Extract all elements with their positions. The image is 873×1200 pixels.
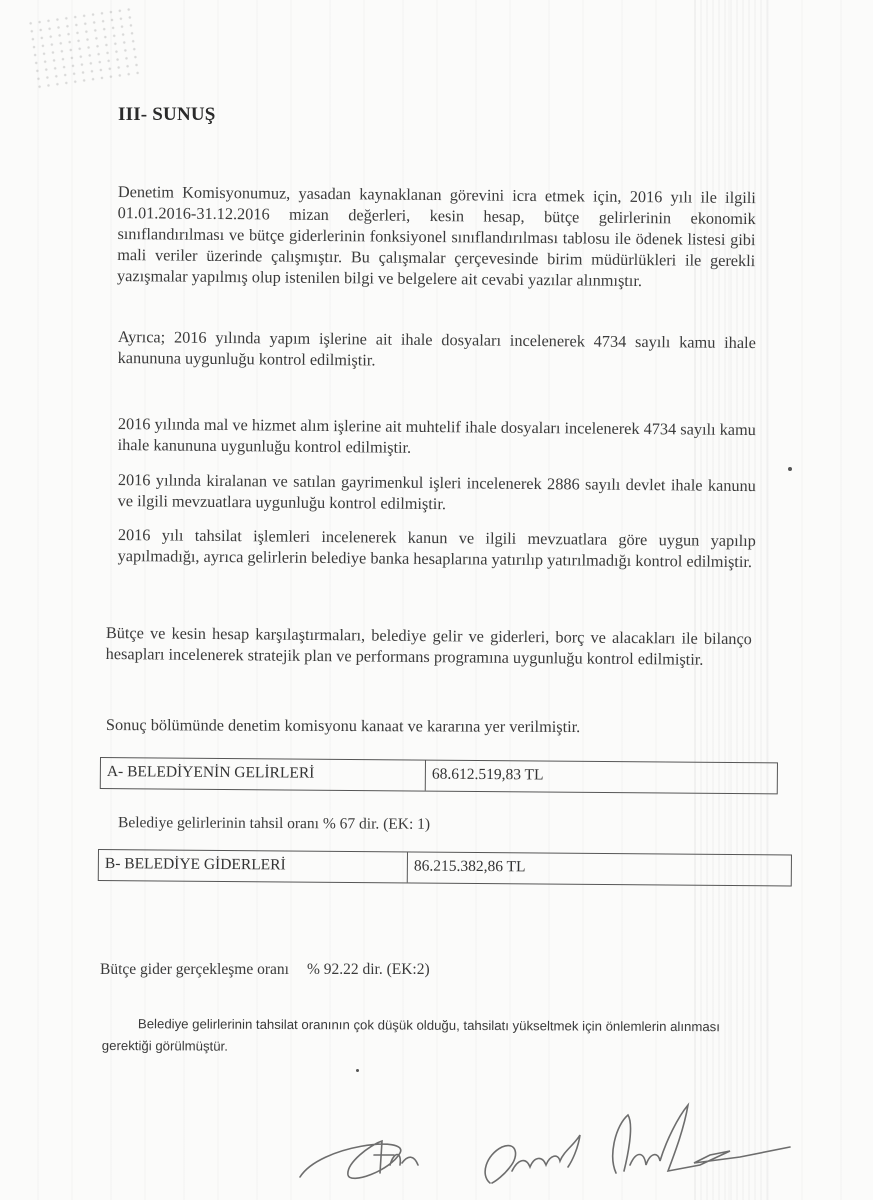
scan-artifact-dot — [788, 467, 792, 471]
signature-icon — [485, 1135, 580, 1183]
paragraph-budget-comparison: Bütçe ve kesin hesap karşılaştırmaları, … — [106, 622, 752, 670]
paragraph-conclusion-note: Sonuç bölümünde denetim komisyonu kanaat… — [106, 714, 744, 738]
expense-realization-rate: Bütçe gider gerçekleşme oranı% 92.22 dir… — [100, 961, 430, 979]
paragraph-construction-tenders: Ayrıca; 2016 yılında yapım işlerine ait … — [118, 326, 756, 374]
paragraph-intro: Denetim Komisyonumuz, yasadan kaynaklana… — [117, 181, 756, 292]
revenue-box: A- BELEDİYENİN GELİRLERİ 68.612.519,83 T… — [100, 757, 778, 794]
section-heading: III- SUNUŞ — [118, 104, 216, 126]
expense-rate-value: % 92.22 dir. (EK:2) — [307, 961, 430, 978]
paragraph-collections: 2016 yılı tahsilat işlemleri incelenerek… — [118, 524, 756, 572]
revenue-value: 68.612.519,83 TL — [426, 761, 550, 792]
revenue-collection-rate: Belediye gelirlerinin tahsil oranı % 67 … — [118, 814, 430, 834]
expense-box: B- BELEDİYE GİDERLERİ 86.215.382,86 TL — [98, 849, 792, 886]
paragraph-goods-services-tenders: 2016 yılında mal ve hizmet alım işlerine… — [118, 413, 756, 461]
expense-rate-label: Bütçe gider gerçekleşme oranı — [100, 961, 289, 978]
scan-speckle — [26, 5, 145, 90]
expense-label: B- BELEDİYE GİDERLERİ — [99, 850, 408, 882]
paragraph-real-estate: 2016 yılında kiralanan ve satılan gayrim… — [118, 469, 756, 517]
conclusion-text: Belediye gelirlerinin tahsilat oranının … — [102, 1013, 752, 1060]
scan-artifact-dot — [356, 1069, 359, 1072]
signatures — [290, 1085, 810, 1195]
revenue-label: A- BELEDİYENİN GELİRLERİ — [101, 758, 426, 791]
signature-icon — [300, 1141, 418, 1178]
signature-icon — [613, 1105, 790, 1173]
expense-value: 86.215.382,86 TL — [408, 852, 532, 883]
